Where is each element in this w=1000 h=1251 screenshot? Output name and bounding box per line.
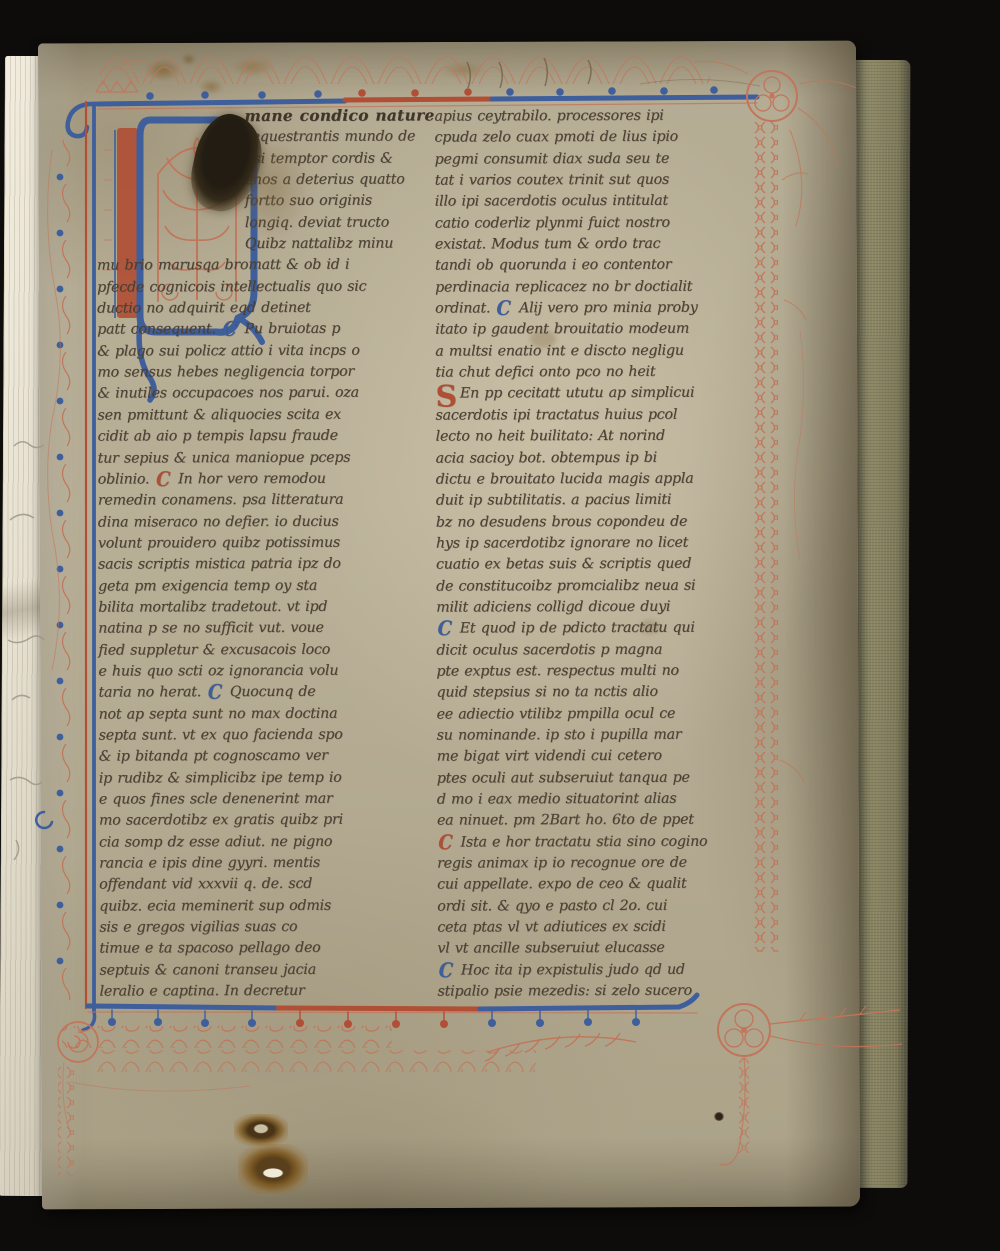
line-text: ordi sit. & qyo e pasto cl 2o. cui xyxy=(437,897,667,914)
line-text: timue e ta spacoso pellago deo xyxy=(99,940,320,957)
manuscript-line: C Hoc ita ip expistulis judo qd ud xyxy=(437,959,771,982)
manuscript-line: acia sacioy bot. obtempus ip bi xyxy=(436,447,770,470)
line-text: apius ceytrabilo. processores ipi xyxy=(434,108,663,125)
manuscript-line: dictu e brouitato lucida magis appla xyxy=(436,468,770,491)
manuscript-line: ee adiectio vtilibz pmpilla ocul ce xyxy=(437,703,771,726)
line-text: fortto suo originis xyxy=(245,193,372,209)
manuscript-line: dicit oculus sacerdotis p magna xyxy=(436,639,770,662)
line-text: Pu bruiotas p xyxy=(239,321,340,337)
manuscript-line: stipalio psie mezedis: si zelo sucero xyxy=(437,981,771,1004)
line-text: natina p se no sufficit vut. voue xyxy=(98,620,323,637)
manuscript-line: vl vt ancille subseruiut elucasse xyxy=(437,938,771,961)
manuscript-line: pte exptus est. respectus multi no xyxy=(436,660,770,683)
line-text: e quos fines scle denenerint mar xyxy=(99,791,333,808)
line-text: Hoc ita ip expistulis judo qd ud xyxy=(456,961,685,978)
manuscript-photo: mane condico naturesequestrantis mundo d… xyxy=(0,0,1000,1251)
line-text: duit ip subtilitatis. a pacius limiti xyxy=(436,492,671,509)
line-text: fied suppletur & excusacois loco xyxy=(98,641,330,658)
line-text: cpuda zelo cuax pmoti de lius ipio xyxy=(435,129,679,146)
line-text: oblinio. xyxy=(98,471,155,487)
book-cover-edge xyxy=(852,60,911,1188)
line-text: taria no herat. xyxy=(98,684,206,700)
line-text: mu brio marusqa bromatt & ob id i xyxy=(97,257,349,274)
manuscript-line: cui appellate. expo de ceo & qualit xyxy=(437,874,771,897)
line-text: Et quod ip de pdicto tractatu qui xyxy=(454,620,694,637)
line-text: hys ip sacerdotibz ignorare no licet xyxy=(436,535,688,552)
line-text: a multsi enatio int e discto negligu xyxy=(435,342,684,359)
line-text: patt consequent. xyxy=(97,322,221,338)
line-text: me bigat virt videndi cui cetero xyxy=(437,748,662,765)
line-text: ceta ptas vl vt adiutices ex scidi xyxy=(437,919,665,936)
line-text: lecto no heit builitato: At norind xyxy=(436,428,665,445)
manuscript-line: bz no desudens brous copondeu de xyxy=(436,511,770,534)
manuscript-line: e quos fines scle denenerint mar xyxy=(99,788,433,811)
line-text: offendant vid xxxvii q. de. scd xyxy=(99,876,312,893)
manuscript-line: apius ceytrabilo. processores ipi xyxy=(434,105,768,128)
line-text: Quocunq de xyxy=(225,684,316,700)
manuscript-line: tur sepius & unica maniopue pceps xyxy=(98,447,432,470)
manuscript-line: Quibz nattalibz minu xyxy=(245,233,431,255)
line-text: ordinat. xyxy=(435,300,496,316)
line-text: sacerdotis ipi tractatus huius pcol xyxy=(435,407,677,424)
line-text: mo sacerdotibz ex gratis quibz pri xyxy=(99,812,343,829)
manuscript-line: patt consequent. C Pu bruiotas p xyxy=(97,319,431,342)
line-text: tia chut defici onto pco no heit xyxy=(435,364,655,381)
text-column-1: mane condico naturesequestrantis mundo d… xyxy=(96,105,433,1003)
line-text: cuatio ex betas suis & scriptis qued xyxy=(436,556,691,573)
manuscript-line: taria no herat. C Quocunq de xyxy=(98,682,432,705)
line-text: & plago sui policz attio i vita incps o xyxy=(97,342,359,359)
manuscript-line: cpuda zelo cuax pmoti de lius ipio xyxy=(435,127,769,150)
line-text: rancia e ipis dine gyyri. mentis xyxy=(99,855,320,872)
text-column-2: apius ceytrabilo. processores ipicpuda z… xyxy=(434,105,771,1003)
line-text: catio coderliz plynmi fuict nostro xyxy=(435,214,670,231)
line-text: & ip bitanda pt cognoscamo ver xyxy=(99,748,328,765)
line-text: pfecde cognicois intellectualis quo sic xyxy=(97,278,366,295)
line-text: tandi ob quorunda i eo contentor xyxy=(435,257,671,274)
manuscript-line: & ip bitanda pt cognoscamo ver xyxy=(99,746,433,769)
line-text: leralio e captina. In decretur xyxy=(99,983,304,1000)
manuscript-line: volunt prouidero quibz potissimus xyxy=(98,532,432,555)
manuscript-line: mo sacerdotibz ex gratis quibz pri xyxy=(99,810,433,833)
manuscript-line: cia somp dz esse adiut. ne pigno xyxy=(99,831,433,854)
manuscript-line: catio coderliz plynmi fuict nostro xyxy=(435,212,769,235)
manuscript-line: remedin conamens. psa litteratura xyxy=(98,490,432,513)
line-text: su nominande. ip sto i pupilla mar xyxy=(437,727,682,744)
line-text: not ap septa sunt no max doctina xyxy=(99,705,338,722)
line-text: pte exptus est. respectus multi no xyxy=(436,663,679,680)
manuscript-line: su nominande. ip sto i pupilla mar xyxy=(437,724,771,747)
manuscript-line: quibz. ecia meminerit sup odmis xyxy=(99,895,433,918)
manuscript-line: septa sunt. vt ex quo facienda spo xyxy=(99,724,433,747)
manuscript-line: milit adiciens colligd dicoue duyi xyxy=(436,596,770,619)
line-text: cia somp dz esse adiut. ne pigno xyxy=(99,833,332,850)
line-text: ee adiectio vtilibz pmpilla ocul ce xyxy=(437,705,676,722)
line-text: dictu e brouitato lucida magis appla xyxy=(436,471,694,488)
manuscript-line: ea ninuet. pm 2Bart ho. 6to de ppet xyxy=(437,810,771,833)
line-text: Alij vero pro minia proby xyxy=(514,300,698,317)
line-text: acia sacioy bot. obtempus ip bi xyxy=(436,449,657,466)
line-text: volunt prouidero quibz potissimus xyxy=(98,535,340,552)
manuscript-line: d mo i eax medio situatorint alias xyxy=(437,788,771,811)
manuscript-line: not ap septa sunt no max doctina xyxy=(99,703,433,726)
manuscript-line: ptes oculi aut subseruiut tanqua pe xyxy=(437,767,771,790)
manuscript-line: e huis quo scti oz ignorancia volu xyxy=(98,660,432,683)
line-text: vl vt ancille subseruiut elucasse xyxy=(437,940,664,957)
manuscript-line: enos a deterius quatto xyxy=(245,169,431,191)
line-text: sequestrantis mundo de xyxy=(245,129,416,146)
manuscript-line: fortto suo originis xyxy=(245,191,431,213)
line-text: bz no desudens brous copondeu de xyxy=(436,513,687,530)
manuscript-line: de constitucoibz promcialibz neua si xyxy=(436,575,770,598)
line-text: mane condico nature xyxy=(244,106,434,125)
line-text: cidit ab aio p tempis lapsu fraude xyxy=(98,428,338,445)
line-text: dicit oculus sacerdotis p magna xyxy=(436,641,662,658)
line-text: sacis scriptis mistica patria ipz do xyxy=(98,556,341,573)
manuscript-line: bilita mortalibz tradetout. vt ipd xyxy=(98,596,432,619)
line-text: Ista e hor tractatu stia sino cogino xyxy=(455,833,707,850)
manuscript-line: offendant vid xxxvii q. de. scd xyxy=(99,874,433,897)
manuscript-line: ordinat. C Alij vero pro minia proby xyxy=(435,298,769,321)
line-text: septuis & canoni transeu jacia xyxy=(99,962,316,979)
line-text: bilita mortalibz tradetout. vt ipd xyxy=(98,599,327,616)
manuscript-line: lecto no heit builitato: At norind xyxy=(436,426,770,449)
manuscript-line: oblinio. C In hor vero remodou xyxy=(98,468,432,491)
line-text: sis e gregos vigilias suas co xyxy=(99,919,297,936)
manuscript-line: mane condico nature xyxy=(244,105,430,127)
manuscript-line: pfecde cognicois intellectualis quo sic xyxy=(97,276,431,299)
line-text: longiq. deviat tructo xyxy=(245,214,389,231)
manuscript-line: geta pm exigencia temp oy sta xyxy=(98,575,432,598)
line-text: pegmi consumit diax suda seu te xyxy=(435,150,670,167)
manuscript-line: mu brio marusqa bromatt & ob id i xyxy=(97,255,431,278)
manuscript-line: SEn pp cecitatt ututu ap simplicui xyxy=(435,383,769,406)
manuscript-line: cuatio ex betas suis & scriptis qued xyxy=(436,554,770,577)
manuscript-line: ceta ptas vl vt adiutices ex scidi xyxy=(437,916,771,939)
line-text: cui appellate. expo de ceo & qualit xyxy=(437,876,686,893)
line-text: ptes oculi aut subseruiut tanqua pe xyxy=(437,769,690,786)
manuscript-line: natina p se no sufficit vut. voue xyxy=(98,618,432,641)
manuscript-line: fied suppletur & excusacois loco xyxy=(98,639,432,662)
line-text: quibz. ecia meminerit sup odmis xyxy=(99,897,331,914)
manuscript-line: sacis scriptis mistica patria ipz do xyxy=(98,554,432,577)
line-text: In hor vero remodou xyxy=(173,471,326,488)
manuscript-line: leralio e captina. In decretur xyxy=(99,981,433,1004)
manuscript-line: & inutiles occupacoes nos parui. oza xyxy=(97,383,431,406)
manuscript-line: me bigat virt videndi cui cetero xyxy=(437,746,771,769)
line-text: milit adiciens colligd dicoue duyi xyxy=(436,599,670,616)
manuscript-line: tia chut defici onto pco no heit xyxy=(435,362,769,385)
manuscript-line: & plago sui policz attio i vita incps o xyxy=(97,340,431,363)
line-text: psi temptor cordis & xyxy=(245,150,393,167)
line-text: dina miseraco no defier. io ducius xyxy=(98,513,339,530)
manuscript-line: septuis & canoni transeu jacia xyxy=(99,959,433,982)
line-text: enos a deterius quatto xyxy=(245,172,405,189)
manuscript-line: timue e ta spacoso pellago deo xyxy=(99,938,433,961)
line-text: mo sensus hebes negligencia torpor xyxy=(97,364,354,381)
manuscript-line: tandi ob quorunda i eo contentor xyxy=(435,255,769,278)
manuscript-line: sequestrantis mundo de xyxy=(245,127,431,149)
line-text: d mo i eax medio situatorint alias xyxy=(437,791,677,808)
manuscript-line: sis e gregos vigilias suas co xyxy=(99,916,433,939)
manuscript-line: quid stepsius si no ta nctis alio xyxy=(436,682,770,705)
manuscript-line: regis animax ip io recognue ore de xyxy=(437,852,771,875)
manuscript-line: ordi sit. & qyo e pasto cl 2o. cui xyxy=(437,895,771,918)
line-text: quid stepsius si no ta nctis alio xyxy=(436,684,657,701)
line-text: e huis quo scti oz ignorancia volu xyxy=(98,663,338,680)
manuscript-line: tat i varios coutex trinit sut quos xyxy=(435,169,769,192)
manuscript-line: sacerdotis ipi tractatus huius pcol xyxy=(435,404,769,427)
line-text: geta pm exigencia temp oy sta xyxy=(98,577,317,594)
line-text: illo ipi sacerdotis oculus intitulat xyxy=(435,193,668,210)
manuscript-line: dina miseraco no defier. io ducius xyxy=(98,511,432,534)
line-text: remedin conamens. psa litteratura xyxy=(98,492,344,509)
line-text: existat. Modus tum & ordo trac xyxy=(435,236,661,253)
line-text: stipalio psie mezedis: si zelo sucero xyxy=(437,983,691,1000)
line-text: tat i varios coutex trinit sut quos xyxy=(435,172,669,189)
line-text: ip rudibz & simplicibz ipe temp io xyxy=(99,769,342,786)
manuscript-line: hys ip sacerdotibz ignorare no licet xyxy=(436,532,770,555)
manuscript-line: a multsi enatio int e discto negligu xyxy=(435,340,769,363)
manuscript-line: pegmi consumit diax suda seu te xyxy=(435,148,769,171)
manuscript-line: illo ipi sacerdotis oculus intitulat xyxy=(435,191,769,214)
line-text: sen pmittunt & aliquocies scita ex xyxy=(97,407,340,424)
line-text: & inutiles occupacoes nos parui. oza xyxy=(97,385,359,402)
manuscript-line: rancia e ipis dine gyyri. mentis xyxy=(99,852,433,875)
manuscript-line: C Et quod ip de pdicto tractatu qui xyxy=(436,618,770,641)
manuscript-line: itato ip gaudent brouitatio modeum xyxy=(435,319,769,342)
manuscript-line: cidit ab aio p tempis lapsu fraude xyxy=(98,426,432,449)
manuscript-line: existat. Modus tum & ordo trac xyxy=(435,233,769,256)
line-text: perdinacia replicacez no br doctialit xyxy=(435,278,692,295)
line-text: Quibz nattalibz minu xyxy=(245,236,393,253)
manuscript-line: sen pmittunt & aliquocies scita ex xyxy=(97,404,431,427)
line-text: regis animax ip io recognue ore de xyxy=(437,855,687,872)
line-text: ductio no adquirit eqd detinet xyxy=(97,300,311,317)
line-text: itato ip gaudent brouitatio modeum xyxy=(435,321,689,338)
manuscript-line: psi temptor cordis & xyxy=(245,148,431,170)
line-text: En pp cecitatt ututu ap simplicui xyxy=(460,385,694,402)
line-text: septa sunt. vt ex quo facienda spo xyxy=(99,727,343,744)
manuscript-line: ductio no adquirit eqd detinet xyxy=(97,298,431,321)
manuscript-line: C Ista e hor tractatu stia sino cogino xyxy=(437,831,771,854)
line-text: tur sepius & unica maniopue pceps xyxy=(98,449,351,466)
manuscript-line: ip rudibz & simplicibz ipe temp io xyxy=(99,767,433,790)
manuscript-line: duit ip subtilitatis. a pacius limiti xyxy=(436,490,770,513)
manuscript-line: mo sensus hebes negligencia torpor xyxy=(97,362,431,385)
line-text: de constitucoibz promcialibz neua si xyxy=(436,577,695,594)
manuscript-line: longiq. deviat tructo xyxy=(245,212,431,234)
manuscript-line: perdinacia replicacez no br doctialit xyxy=(435,276,769,299)
line-text: ea ninuet. pm 2Bart ho. 6to de ppet xyxy=(437,812,694,829)
